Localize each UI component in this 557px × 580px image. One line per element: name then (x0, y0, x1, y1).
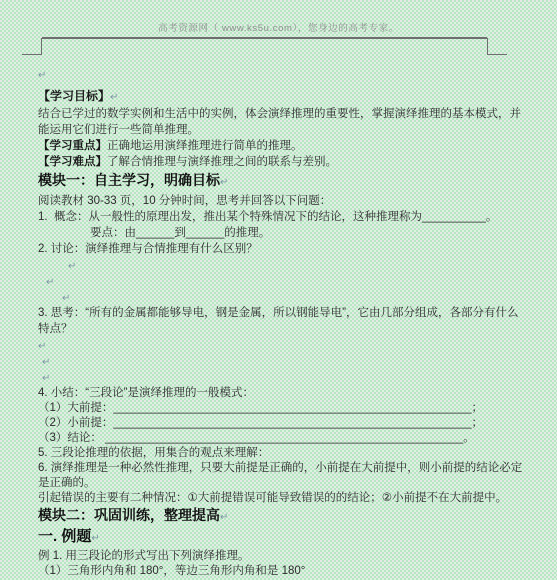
difficulty-line: 【学习难点】了解合情推理与演绎推理之间的联系与差别。 (38, 154, 526, 170)
module1-heading-label: 模块一：自主学习，明确目标 (38, 172, 220, 188)
learning-goal-heading: 【学习目标】↵ (38, 88, 526, 106)
example1-item1: （1）三角形内角和 180°，等边三角形内角和是 180° (38, 564, 526, 579)
empty-paragraph: ↵ (38, 257, 526, 273)
empty-paragraph: ↵ (38, 353, 526, 369)
key-point-line: 【学习重点】正确地运用演绎推理进行简单的推理。 (38, 138, 526, 154)
header-border-left-step (22, 38, 42, 55)
question1-concept: 1. 概念：从一般性的原理出发，推出某个特殊情况下的结论，这种推理称为_____… (38, 209, 526, 225)
paragraph-mark: ↵ (38, 70, 46, 81)
learning-goal-text: 结合已学过的数学实例和生活中的实例，体会演绎推理的重要性，掌握演绎推理的基本模式… (38, 106, 526, 138)
key-point-text: 正确地运用演绎推理进行简单的推理。 (107, 140, 303, 152)
examples-heading-label: 一. 例题 (38, 528, 91, 545)
question6-certainty: 6. 演绎推理是一种必然性推理，只要大前提是正确的，小前提在大前提中，则小前提的… (38, 461, 526, 491)
question3-think: 3. 思考：“所有的金属都能够导电，钢是金属，所以钢能导电”，它由几部分组成，各… (38, 305, 526, 337)
examples-heading: 一. 例题↵ (38, 527, 526, 549)
module2-heading: 模块二：巩固训练，整理提高↵ (38, 506, 526, 527)
question4-summary: 4. 小结：“三段论”是演绎推理的一般模式： (38, 385, 526, 401)
question5-basis: 5. 三段论推理的依据，用集合的观点来理解： (38, 446, 526, 461)
page: { "header": { "site_notice": "高考资源网（ www… (0, 0, 557, 580)
difficulty-label: 【学习难点】 (38, 156, 107, 168)
header-border-line (42, 37, 487, 39)
question1-keypoint: 要点：由______到______的推理。 (38, 225, 526, 241)
learning-goal-heading-label: 【学习目标】 (38, 89, 110, 103)
header-border-right-step (487, 38, 507, 55)
module2-heading-label: 模块二：巩固训练，整理提高 (38, 507, 220, 523)
paragraph-mark: ↵ (46, 277, 54, 288)
empty-paragraph: ↵ (38, 369, 526, 385)
question2-discussion: 2. 讨论：演绎推理与合情推理有什么区别？ (38, 241, 526, 257)
paragraph-mark: ↵ (42, 357, 50, 368)
empty-paragraph: ↵ (38, 337, 526, 353)
paragraph-mark: ↵ (68, 261, 76, 272)
site-notice: 高考资源网（ www.ks5u.com），您身边的高考专家。 (0, 20, 557, 34)
question4-major-premise: （1）大前提：_________________________________… (38, 401, 526, 416)
paragraph-mark: ↵ (38, 341, 46, 352)
paragraph-mark: ↵ (42, 373, 50, 384)
paragraph-mark: ↵ (62, 293, 70, 304)
question6-error-cases: 引起错误的主要有二种情况：①大前提错误可能导致错误的的结论；②小前提不在大前提中… (38, 491, 526, 506)
empty-paragraph: ↵ (38, 289, 526, 305)
reading-task-line: 阅读教材 30-33 页，10 分钟时间，思考并回答以下问题： (38, 193, 526, 209)
paragraph-mark: ↵ (220, 177, 228, 188)
question4-conclusion: （3）结论： _________________________________… (38, 431, 526, 446)
example1-line: 例 1. 用三段论的形式写出下列演绎推理。 (38, 549, 526, 564)
question4-minor-premise: （2）小前提：_________________________________… (38, 416, 526, 431)
paragraph-mark: ↵ (91, 533, 99, 544)
key-point-label: 【学习重点】 (38, 140, 107, 152)
empty-paragraph: ↵ (38, 60, 526, 88)
difficulty-text: 了解合情推理与演绎推理之间的联系与差别。 (107, 156, 337, 168)
document-body: ↵ 【学习目标】↵ 结合已学过的数学实例和生活中的实例，体会演绎推理的重要性，掌… (38, 60, 526, 579)
paragraph-mark: ↵ (110, 92, 118, 103)
paragraph-mark: ↵ (220, 512, 228, 523)
empty-paragraph: ↵ (38, 273, 526, 289)
module1-heading: 模块一：自主学习，明确目标↵ (38, 170, 526, 193)
